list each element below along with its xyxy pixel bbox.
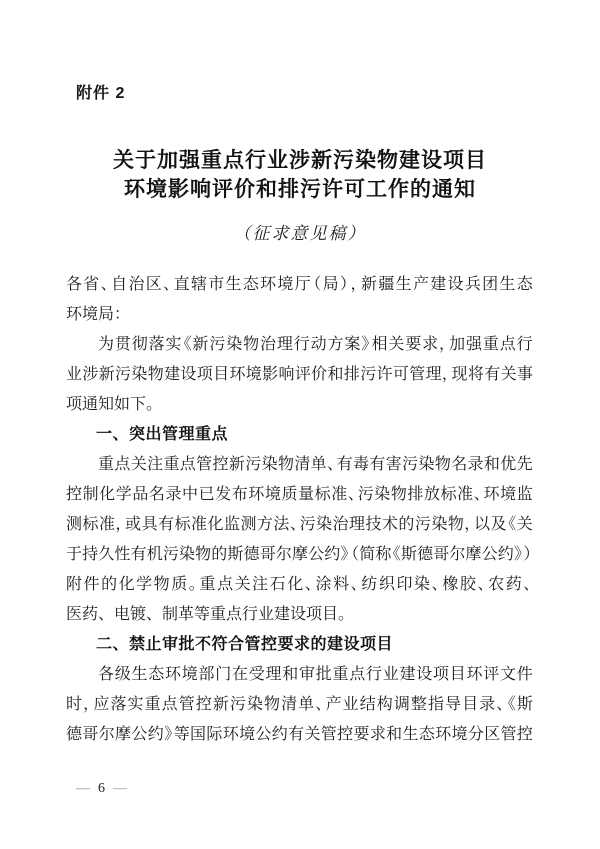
body-line: 环境局：: [66, 300, 533, 330]
body-line: 控制化学品名录中已发布环境质量标准、污染物排放标准、环境监: [66, 480, 533, 510]
document-title: 关于加强重点行业涉新污染物建设项目 环境影响评价和排污许可工作的通知: [0, 146, 600, 204]
document-page: 附件 2 关于加强重点行业涉新污染物建设项目 环境影响评价和排污许可工作的通知 …: [0, 0, 600, 849]
body-line: 业涉新污染物建设项目环境影响评价和排污许可管理，现将有关事: [66, 360, 533, 390]
document-subtitle: （征求意见稿）: [0, 219, 600, 244]
body-line: 时，应落实重点管控新污染物清单、产业结构调整指导目录、《斯: [66, 690, 533, 720]
page-footer: —6—: [76, 781, 127, 797]
body-line: 为贯彻落实《新污染物治理行动方案》相关要求，加强重点行: [66, 330, 533, 360]
section-heading: 一、突出管理重点: [66, 420, 533, 450]
body-line: 于持久性有机污染物的斯德哥尔摩公约》（简称《斯德哥尔摩公约》）: [66, 540, 533, 570]
attachment-label: 附件 2: [76, 80, 125, 103]
body-line: 各级生态环境部门在受理和审批重点行业建设项目环评文件: [66, 660, 533, 690]
body-line: 医药、电镀、制革等重点行业建设项目。: [66, 600, 533, 630]
body-line: 德哥尔摩公约》等国际环境公约有关管控要求和生态环境分区管控: [66, 720, 533, 750]
section-heading: 二、禁止审批不符合管控要求的建设项目: [66, 630, 533, 660]
footer-dash-left: —: [76, 781, 90, 796]
body-line: 附件的化学物质。重点关注石化、涂料、纺织印染、橡胶、农药、: [66, 570, 533, 600]
document-body: 各省、自治区、直辖市生态环境厅（局），新疆生产建设兵团生态环境局：为贯彻落实《新…: [66, 270, 533, 750]
footer-dash-right: —: [113, 781, 127, 796]
body-line: 测标准，或具有标准化监测方法、污染治理技术的污染物，以及《关: [66, 510, 533, 540]
body-line: 重点关注重点管控新污染物清单、有毒有害污染物名录和优先: [66, 450, 533, 480]
body-line: 项通知如下。: [66, 390, 533, 420]
page-number: 6: [98, 781, 105, 796]
title-line-2: 环境影响评价和排污许可工作的通知: [0, 175, 600, 204]
title-line-1: 关于加强重点行业涉新污染物建设项目: [0, 146, 600, 175]
body-line: 各省、自治区、直辖市生态环境厅（局），新疆生产建设兵团生态: [66, 270, 533, 300]
